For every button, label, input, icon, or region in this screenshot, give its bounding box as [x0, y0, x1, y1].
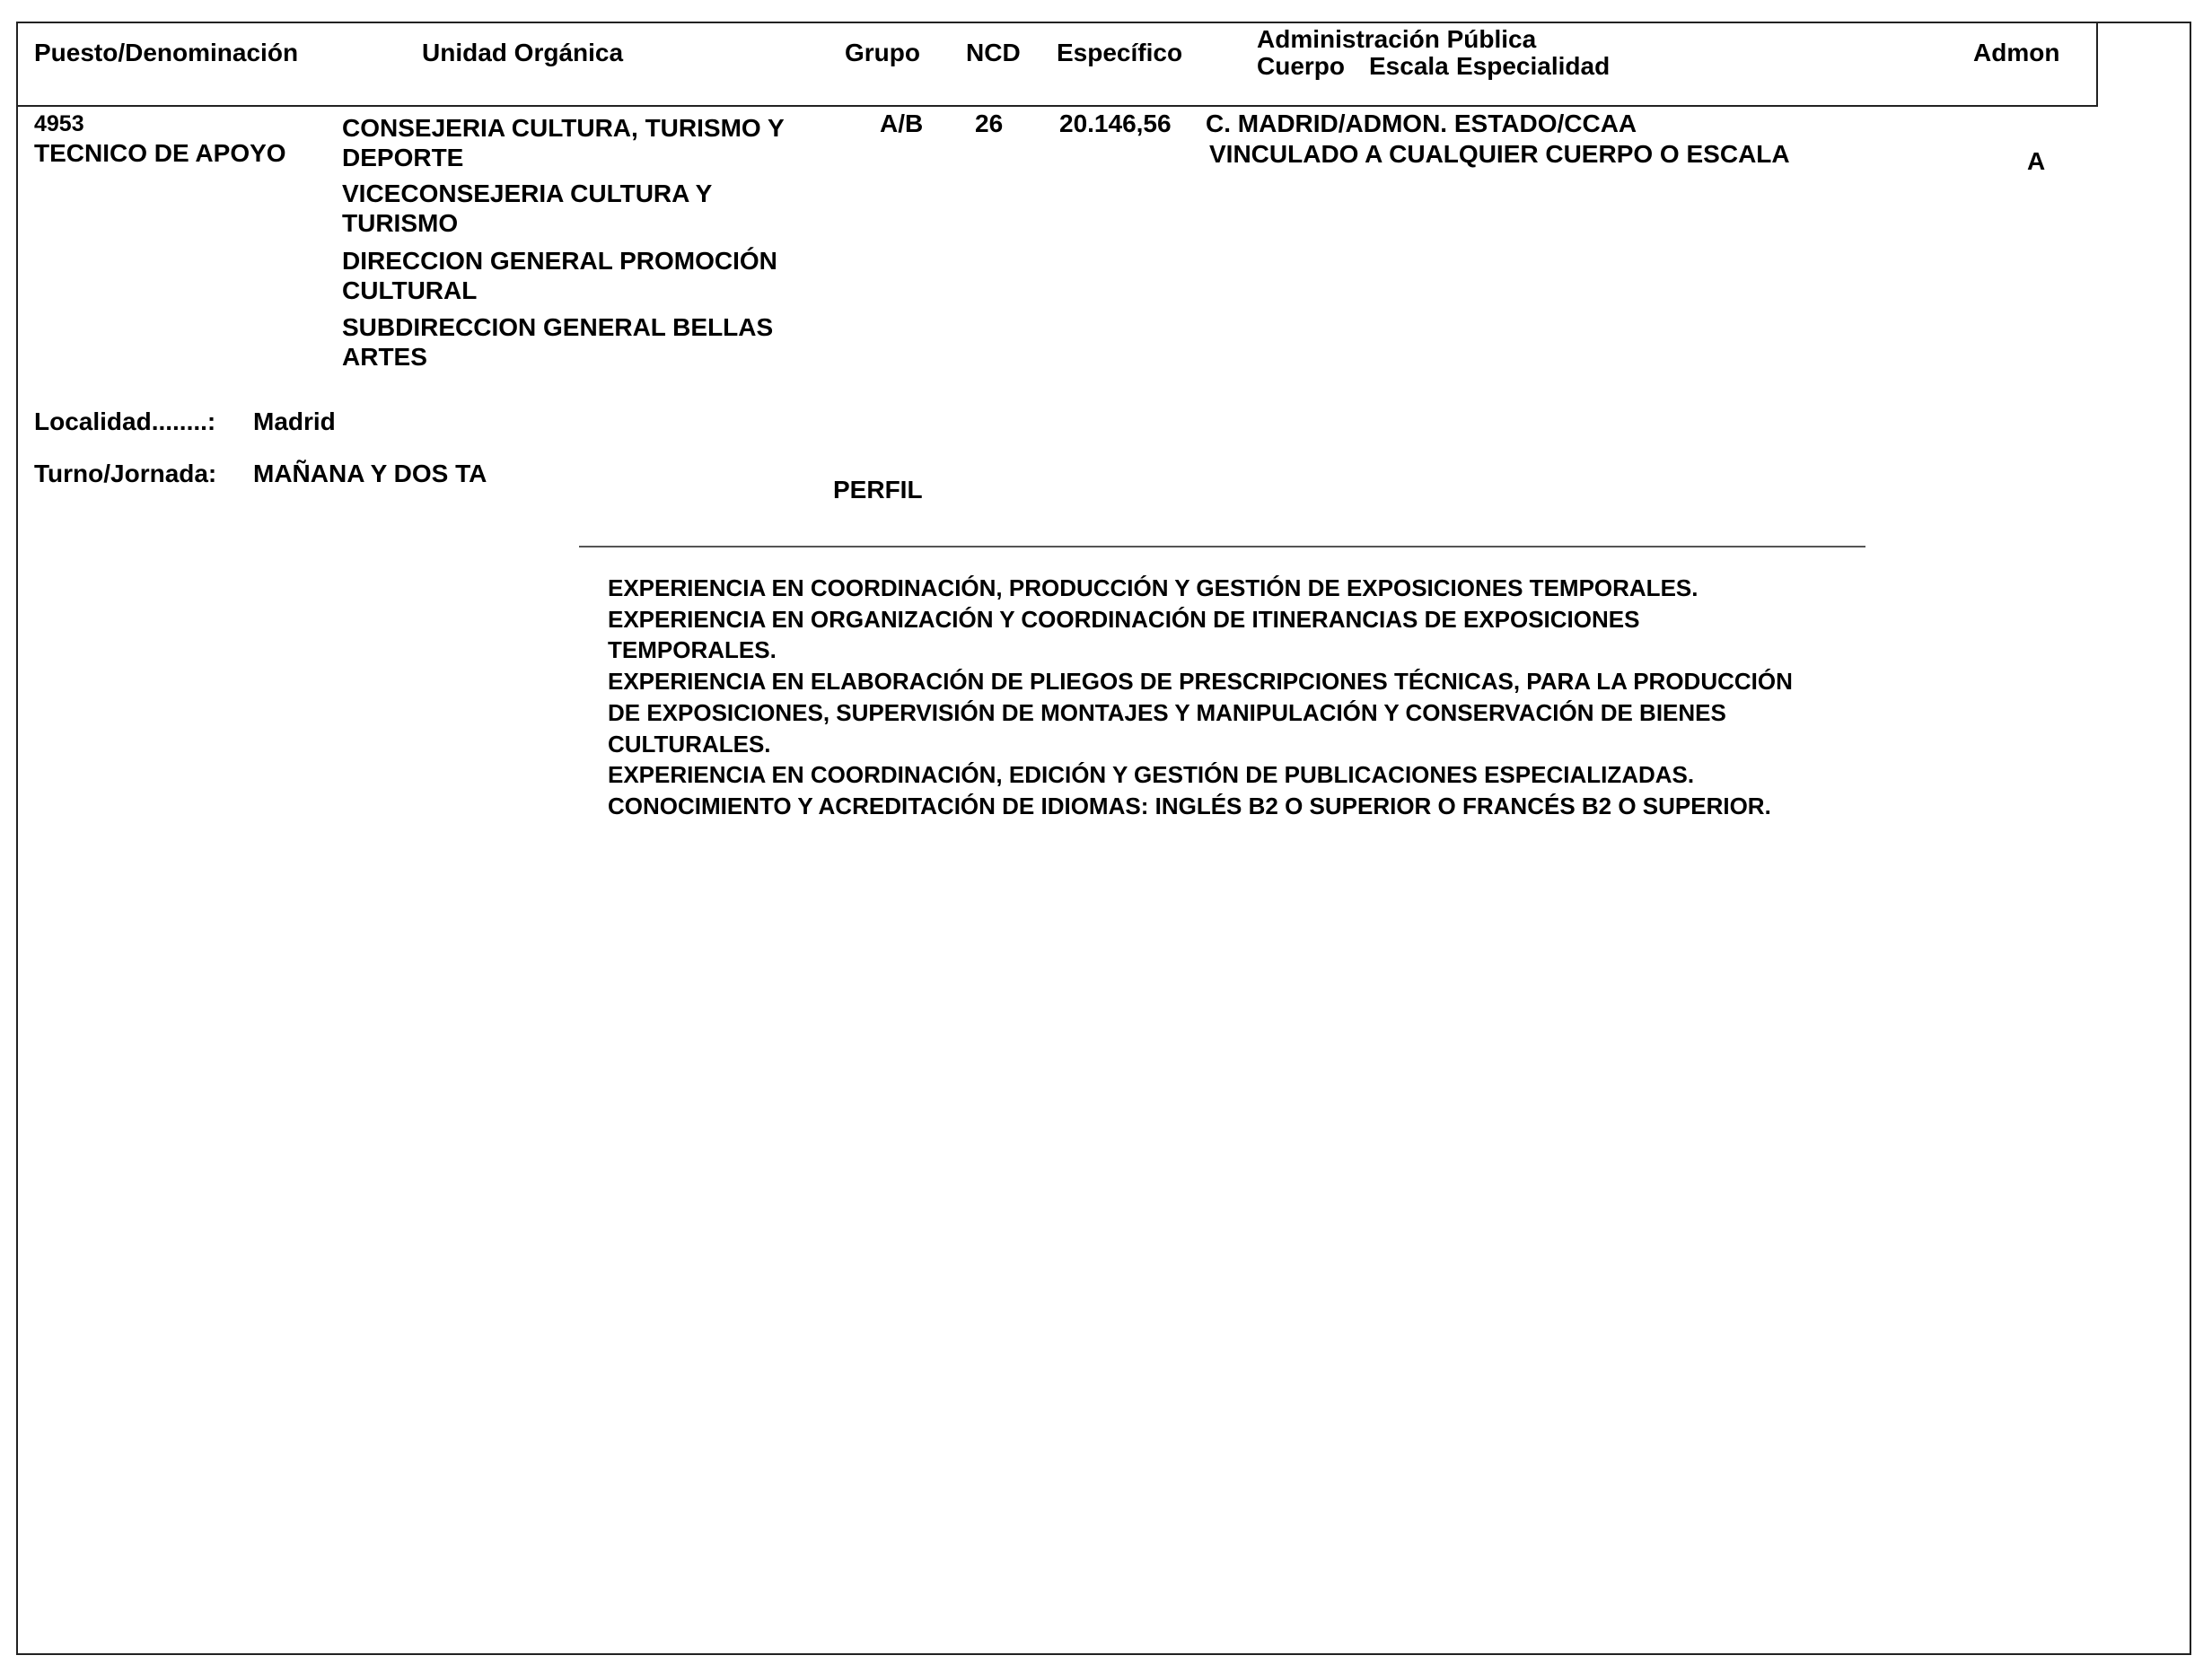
perfil-item: EXPERIENCIA EN COORDINACIÓN, EDICIÓN Y G… [608, 759, 1802, 791]
unidad-organica-line: CONSEJERIA CULTURA, TURISMO Y DEPORTE [342, 113, 827, 172]
header-cuerpo: Cuerpo [1257, 54, 1345, 79]
admon-value: A [2027, 149, 2045, 174]
turno-value: MAÑANA Y DOS TA [253, 461, 487, 486]
especifico-value: 20.146,56 [1059, 111, 1172, 136]
header-especialidad: Especialidad [1456, 54, 1610, 79]
perfil-list: EXPERIENCIA EN COORDINACIÓN, PRODUCCIÓN … [608, 573, 1802, 822]
grupo-value: A/B [880, 111, 923, 136]
header-puesto: Puesto/Denominación [34, 40, 298, 66]
puesto-denominacion: TECNICO DE APOYO [34, 141, 286, 166]
header-unidad: Unidad Orgánica [422, 40, 623, 66]
unidad-organica-line: DIRECCION GENERAL PROMOCIÓN CULTURAL [342, 246, 827, 305]
perfil-item: EXPERIENCIA EN ELABORACIÓN DE PLIEGOS DE… [608, 666, 1802, 759]
perfil-title: PERFIL [833, 477, 923, 503]
header-grupo: Grupo [845, 40, 920, 66]
perfil-divider [579, 546, 1865, 547]
header-administracion: Administración Pública [1257, 27, 1536, 52]
localidad-value: Madrid [253, 409, 336, 434]
perfil-item: EXPERIENCIA EN COORDINACIÓN, PRODUCCIÓN … [608, 573, 1802, 604]
perfil-item: EXPERIENCIA EN ORGANIZACIÓN Y COORDINACI… [608, 604, 1802, 666]
unidad-organica-line: VICECONSEJERIA CULTURA Y TURISMO [342, 179, 827, 238]
turno-label: Turno/Jornada: [34, 461, 216, 486]
header-ncd: NCD [966, 40, 1021, 66]
ncd-value: 26 [975, 111, 1003, 136]
cuerpo-escala-value: VINCULADO A CUALQUIER CUERPO O ESCALA [1209, 142, 1790, 167]
header-especifico: Específico [1057, 40, 1182, 66]
header-escala: Escala [1369, 54, 1449, 79]
unidad-organica-line: SUBDIRECCION GENERAL BELLAS ARTES [342, 312, 827, 372]
puesto-numero: 4953 [34, 111, 84, 136]
perfil-item: CONOCIMIENTO Y ACREDITACIÓN DE IDIOMAS: … [608, 791, 1802, 822]
administracion-value: C. MADRID/ADMON. ESTADO/CCAA [1206, 111, 1637, 136]
localidad-label: Localidad........: [34, 409, 215, 434]
header-admon: Admon [1973, 40, 2059, 66]
